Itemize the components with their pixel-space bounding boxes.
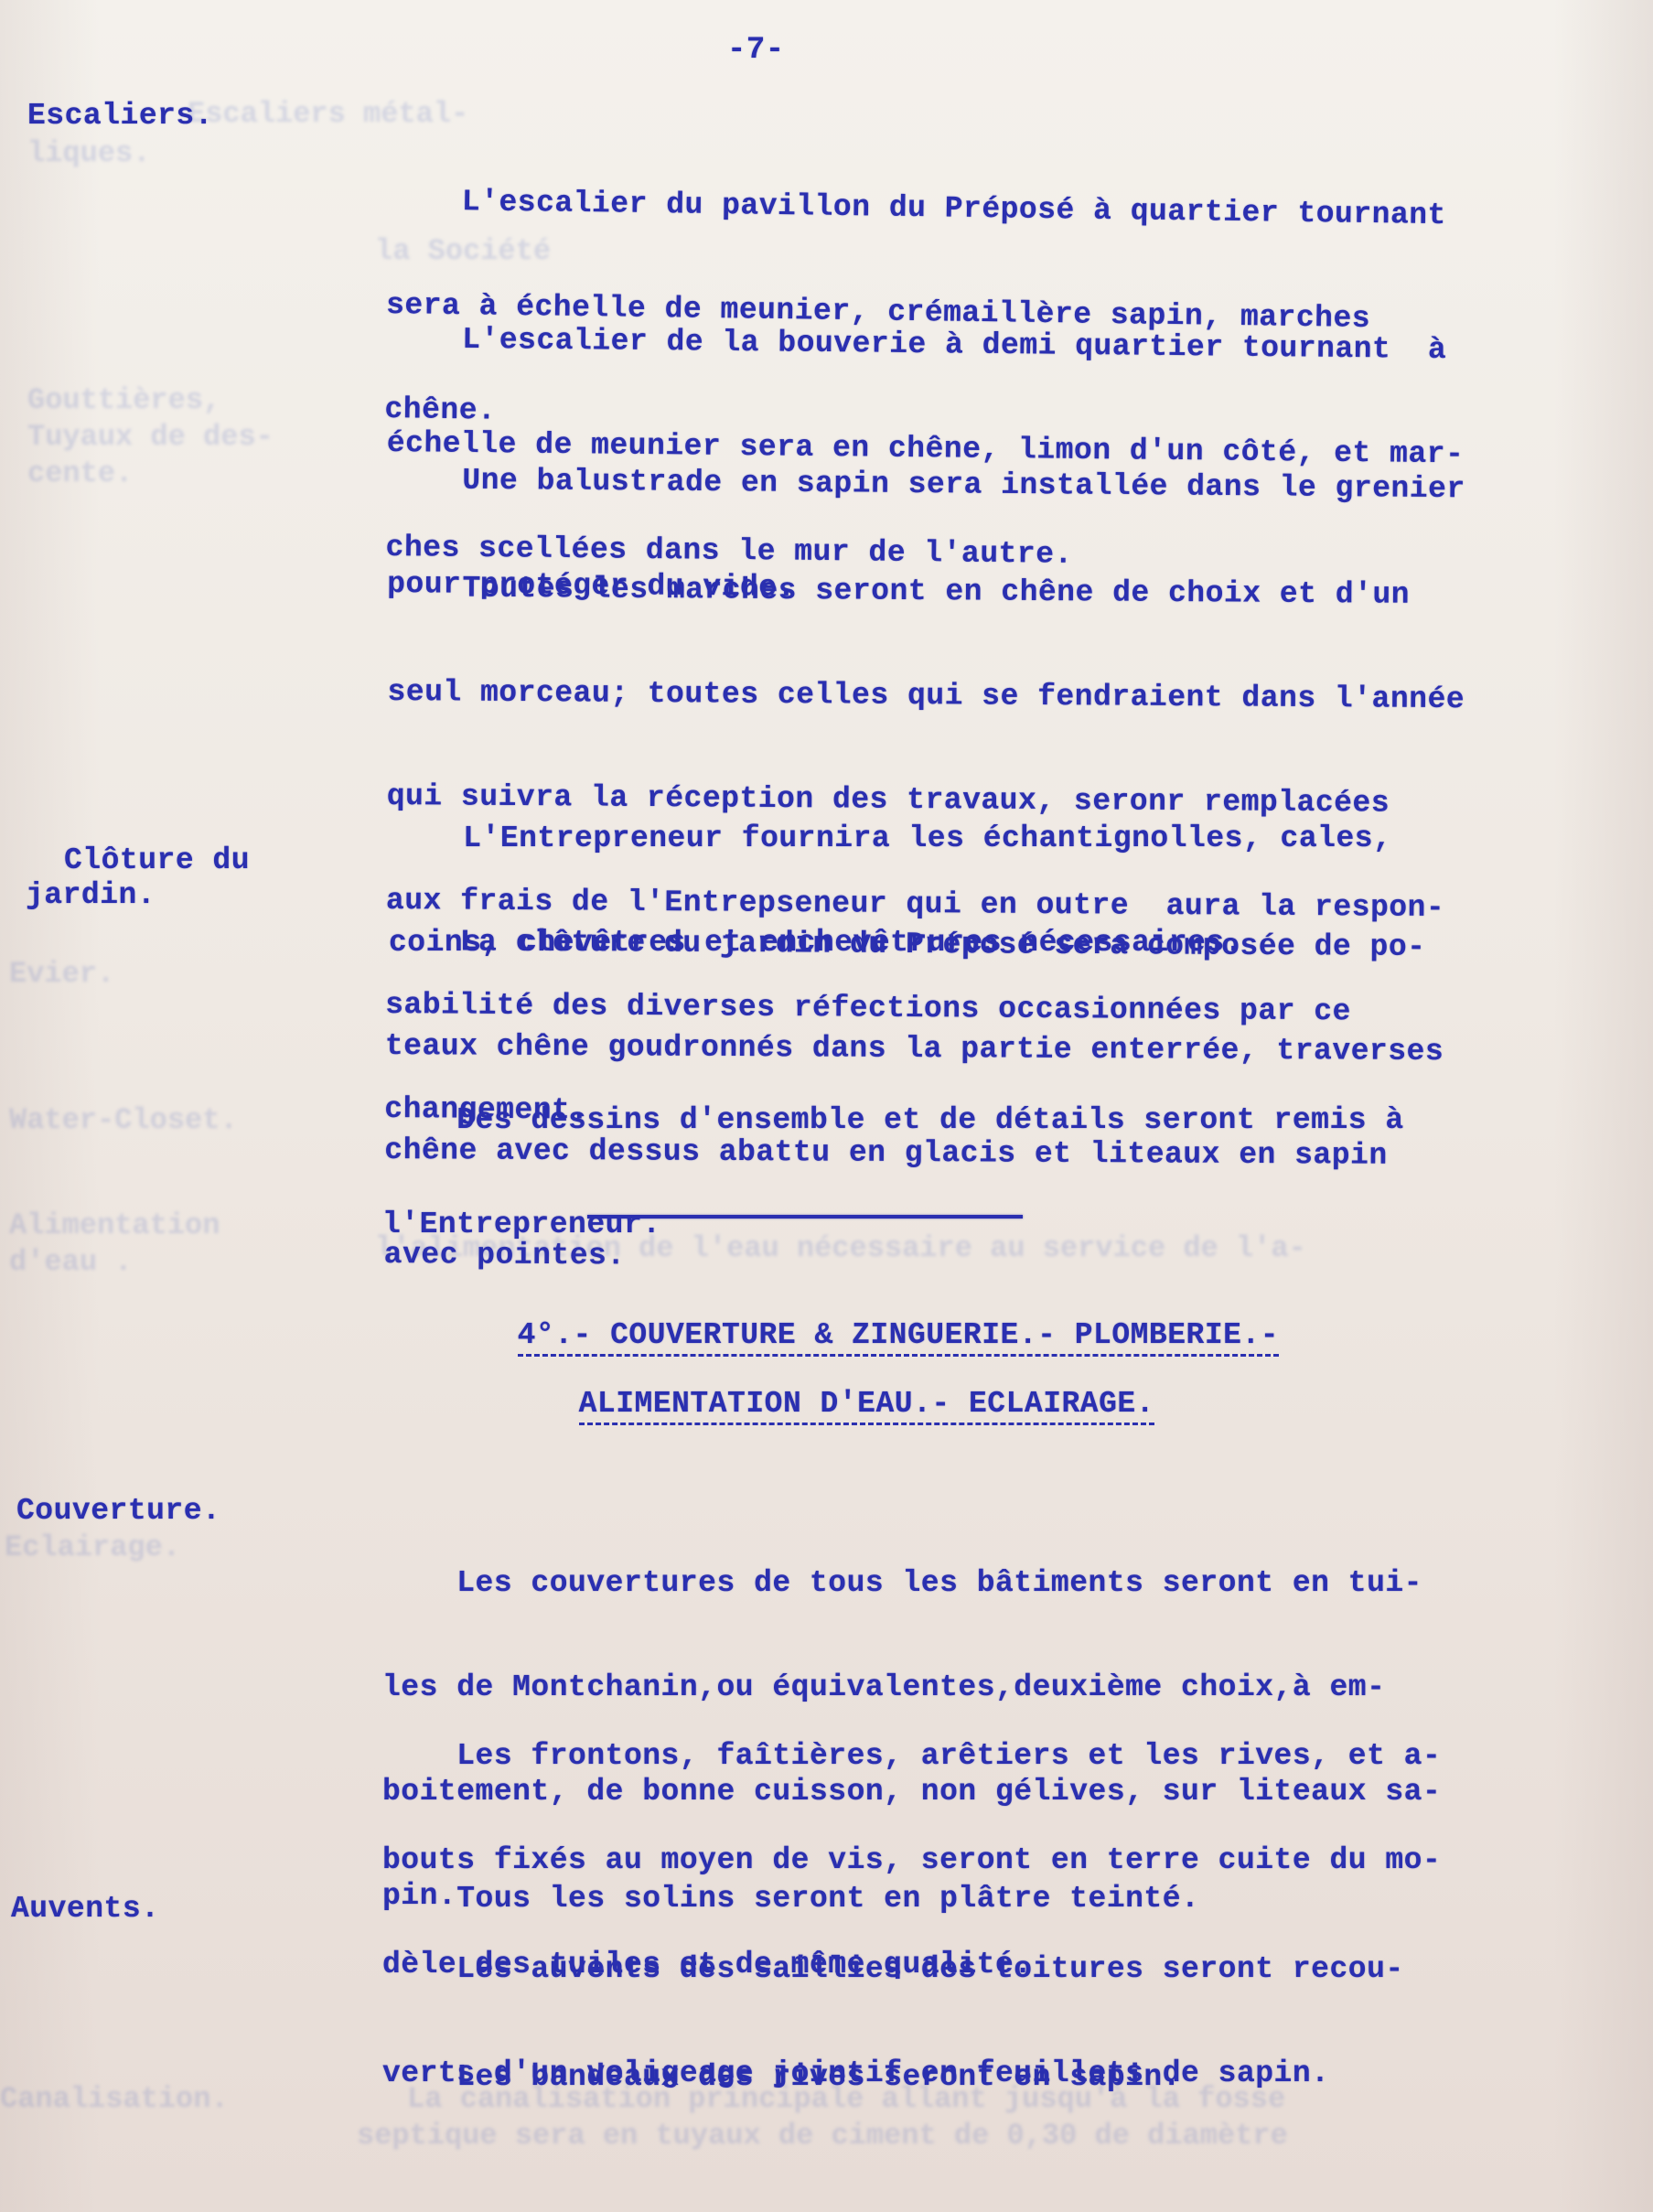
bleed-through-margin-4: Tuyaux de des- — [27, 419, 274, 456]
text-line: Les bandeaux des rives seront en sapin. — [382, 2060, 1181, 2095]
margin-label-auvents: Auvents. — [11, 1892, 159, 1927]
section-divider — [587, 1215, 1023, 1219]
text-line: Une balustrade en sapin sera installée d… — [388, 463, 1465, 507]
margin-label-couverture: Couverture. — [16, 1494, 220, 1529]
paragraph-dessins: Des dessins d'ensemble et de détails ser… — [382, 1034, 1404, 1277]
text-line: Les auvents des saillies des toitures se… — [382, 1952, 1404, 1987]
text-line: Des dessins d'ensemble et de détails ser… — [382, 1103, 1404, 1138]
section-subtitle: ALIMENTATION D'EAU.- ECLAIRAGE. — [542, 1352, 1154, 1422]
margin-label-cloture-2: jardin. — [26, 878, 156, 913]
margin-label-escaliers: Escaliers. — [27, 99, 213, 134]
bleed-through-margin-11: Canalisation. — [0, 2081, 229, 2118]
text-line: Les frontons, faîtières, arêtiers et les… — [382, 1739, 1441, 1774]
text-line: L'Entrepreneur fournira les échantignoll… — [389, 821, 1391, 856]
text-line: Toutes les marches seront en chêne de ch… — [388, 571, 1465, 613]
page-number: -7- — [727, 33, 785, 68]
bleed-through-margin-6: Evier. — [9, 956, 114, 993]
bleed-through-margin-9: d'eau . — [9, 1244, 132, 1281]
margin-label-cloture-1: Clôture du — [64, 843, 250, 878]
bleed-through-margin-8: Alimentation — [9, 1208, 220, 1244]
bleed-through-margin-7: Water-Closet. — [9, 1102, 238, 1139]
text-line: L'escalier du pavillon du Préposé à quar… — [387, 184, 1446, 233]
section-title: 4°.- COUVERTURE & ZINGUERIE.- PLOMBERIE.… — [480, 1283, 1279, 1353]
bleed-through-margin-5: cente. — [27, 456, 133, 492]
paragraph-bandeaux: Les bandeaux des rives seront en sapin. — [382, 1991, 1181, 2130]
section-title-text: 4°.- COUVERTURE & ZINGUERIE.- PLOMBERIE.… — [518, 1318, 1279, 1357]
text-line: La clôture du jardin du Préposé sera com… — [385, 925, 1444, 965]
bleed-through-margin-10: Eclairage. — [5, 1530, 180, 1566]
section-subtitle-text: ALIMENTATION D'EAU.- ECLAIRAGE. — [579, 1387, 1154, 1425]
text-line: seul morceau; toutes celles qui se fendr… — [387, 675, 1465, 717]
text-line: L'escalier de la bouverie à demi quartie… — [388, 322, 1465, 368]
bleed-through-margin-3: Gouttières, — [27, 382, 220, 419]
text-line: Les couvertures de tous les bâtiments se… — [382, 1566, 1441, 1601]
bleed-through-margin-2: liques. — [27, 135, 150, 172]
text-line: l'Entrepreneur. — [382, 1208, 1404, 1242]
